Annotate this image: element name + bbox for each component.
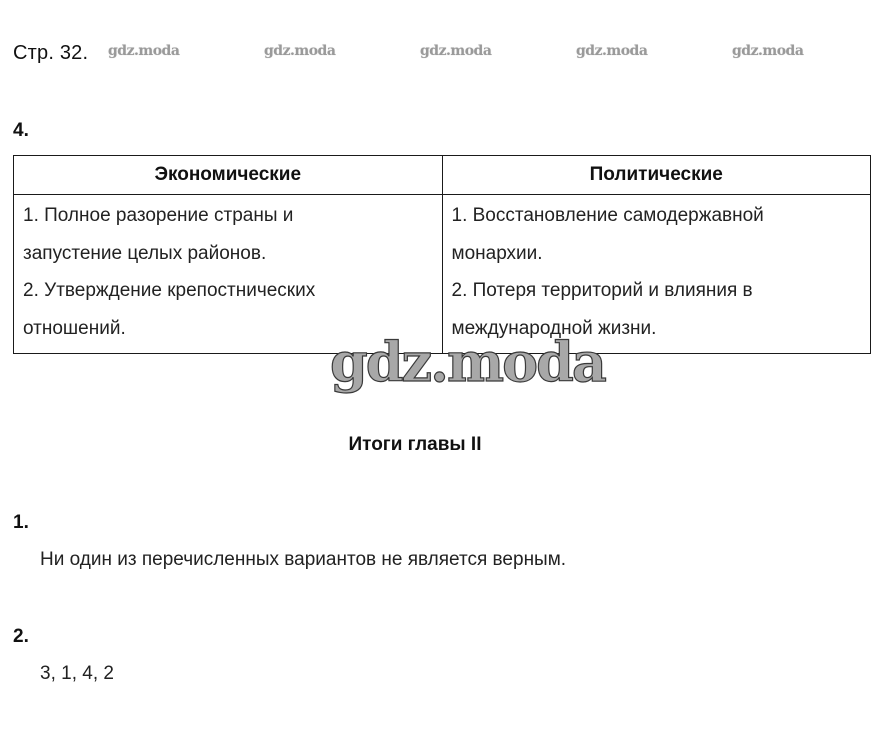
cell-line: запустение целых районов. xyxy=(23,235,434,273)
result-answer-1: Ни один из перечисленных вариантов не яв… xyxy=(40,549,566,571)
cell-line: 1. Восстановление самодержавной xyxy=(452,197,863,235)
result-number-2: 2. xyxy=(13,626,29,648)
table-header-row: Экономические Политические xyxy=(14,156,871,195)
consequences-table: Экономические Политические 1. Полное раз… xyxy=(13,155,871,354)
chapter-title: Итоги главы II xyxy=(0,434,830,456)
result-number-1: 1. xyxy=(13,512,29,534)
header-political: Политические xyxy=(442,156,871,195)
watermark-small: gdz.moda xyxy=(420,43,491,59)
task-number-4: 4. xyxy=(13,120,29,142)
page-reference: Стр. 32. xyxy=(13,42,88,65)
cell-line: монархии. xyxy=(452,235,863,273)
header-economic: Экономические xyxy=(14,156,443,195)
watermark-small: gdz.moda xyxy=(576,43,647,59)
watermark-small: gdz.moda xyxy=(732,43,803,59)
result-answer-2: 3, 1, 4, 2 xyxy=(40,663,114,685)
cell-line: 2. Потеря территорий и влияния в xyxy=(452,272,863,310)
watermark-small: gdz.moda xyxy=(108,43,179,59)
cell-line: 1. Полное разорение страны и xyxy=(23,197,434,235)
watermark-large: gdz.moda xyxy=(330,330,605,394)
watermark-small: gdz.moda xyxy=(264,43,335,59)
cell-line: 2. Утверждение крепостнических xyxy=(23,272,434,310)
